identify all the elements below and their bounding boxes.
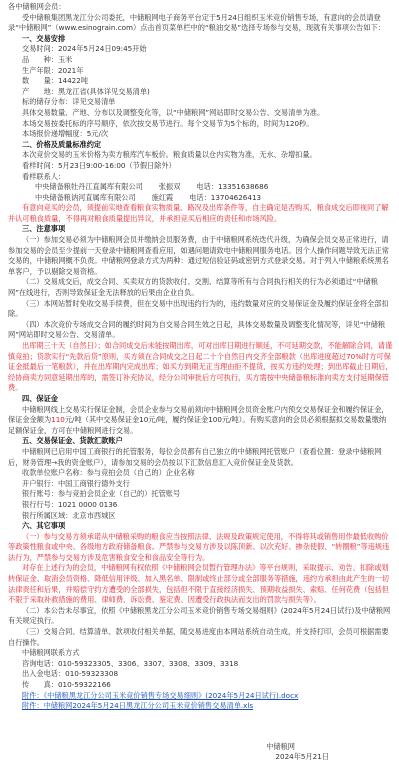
contact-name: 张振双	[159, 182, 181, 191]
viewing-time: 看样时间：5月23日9:00-16:00（节假日除外）	[8, 161, 393, 172]
notice-item-1: （一）参加交易必须为中储粮网会员并缴纳会员服务费，由于中储粮网系统迭代升级，为确…	[8, 235, 393, 277]
quality-warning: 有意向竞买的会员，须提前实地查看粮食实物质量、路况及出库条件等，自主确定是否购买…	[8, 203, 393, 224]
section-1-title: 一、交易安排	[8, 34, 393, 45]
note-1: 具体交易数量、产地、分布以及调整变化等，以“中储粮网”网站即时交易公告、交易清单…	[8, 108, 393, 119]
section-6-title: 六、其它事项	[8, 521, 393, 532]
fax: 传 真：010-59322166	[8, 680, 393, 691]
notice-item-2: （二）交易成交后，成交合同、买卖双方的货款收付、交割、结算等所有与合同执行相关的…	[8, 277, 393, 298]
signature-org: 中储粮网	[8, 742, 393, 753]
deposit-paragraph: 中储粮网线上交易实行保证金制，会员企业参与交易前须向中储粮网会员资金账户内预交交…	[8, 405, 393, 437]
contacts-label: 看样联系人：	[8, 172, 393, 183]
intro-paragraph: 受中储粮集团黑龙江分公司委托，中储粮网电子商务平台定于5月24日组织玉米竞价销售…	[8, 13, 393, 34]
contact-name: 施红霞	[152, 193, 174, 202]
field-label: 产 地：	[22, 87, 58, 96]
section-4-title: 四、保证金	[8, 394, 393, 405]
contact-company: 中央储备粮牡丹江直属库有限公司	[35, 182, 143, 191]
price-text: 本次竞价交易的玉米价格为卖方粮库汽车板价。粮食质量以仓内实物为准，无水、杂增扣量…	[8, 150, 393, 161]
announcement-document: 各中储粮网会员： 受中储粮集团黑龙江分公司委托，中储粮网电子商务平台定于5月24…	[0, 0, 399, 763]
account-bank: 开户银行：中国工商银行德外支行	[8, 479, 393, 490]
field-quantity: 数 量：14422吨	[8, 76, 393, 87]
section-2-title: 二、价格及质量标准约定	[8, 140, 393, 151]
signature-date: 2024年5月21日	[8, 752, 393, 763]
other-item-2: （二）本公告未尽事宜，依照《中储粮黑龙江分公司玉米竞价销售专场交易细则》(202…	[8, 606, 393, 627]
field-storage: 标的储存分布：详见交易清单	[8, 97, 393, 108]
field-value: 2021年	[58, 66, 83, 75]
greeting: 各中储粮网会员：	[8, 2, 393, 13]
field-value: 2024年5月24日09:45开始	[58, 44, 147, 53]
field-value: 玉米	[58, 55, 72, 64]
contact-row: 中央储备粮讷河直属库有限公司施红霞电话：13704626413	[8, 193, 393, 204]
account-paragraph: 中储粮网已启用中国工商银行的托管服务，每位会员都有自己独立的中储粮网托管账户（查…	[8, 447, 393, 468]
other-item-3: （三）交易合同、结算清单、款项收付相关单据，随交易进度由本网站系统自动生成，并支…	[8, 627, 393, 648]
field-trade-time: 交易时间：2024年5月24日09:45开始	[8, 44, 393, 55]
field-origin: 产 地：黑龙江省(具体详见交易清单)	[8, 87, 393, 98]
note-3: 本场报价递增幅度：5元/次	[8, 129, 393, 140]
field-production-year: 生产年限：2021年	[8, 66, 393, 77]
field-label: 标的储存分布：	[22, 97, 72, 106]
field-value: 黑龙江省(具体详见交易清单)	[58, 87, 150, 96]
field-value: 14422吨	[58, 76, 88, 85]
field-label: 品 种：	[22, 55, 58, 64]
attachment-row: 附件：中储粮网2024年5月24日黑龙江分公司玉米竞价销售交易清单.xls	[8, 701, 393, 712]
contact-phone: 电话：13351638686	[196, 182, 268, 191]
account-number: 银行账号：参与竞拍会员企业（自己的）托管账号	[8, 489, 393, 500]
section-5-title: 五、交易保证金、货款汇款账户	[8, 436, 393, 447]
account-name: 收款单位账户名称：参与竞拍会员（自己的）企业名称	[8, 468, 393, 479]
attachment-list-link[interactable]: 附件：中储粮网2024年5月24日黑龙江分公司玉米竞价销售交易清单.xls	[22, 701, 253, 710]
deposit-amount: 110	[51, 415, 65, 424]
field-label: 数 量：	[22, 76, 58, 85]
field-value: 详见交易清单	[72, 97, 115, 106]
account-bank-code: 银行行号：1021 0000 0136	[8, 500, 393, 511]
attachment-rules-link[interactable]: 附件：《中储粮黑龙江分公司玉米竞价销售专场交易细则》(2024年5月24日试行)…	[22, 691, 298, 700]
contact-title: 中储粮网联系方式	[8, 648, 393, 659]
notice-item-3: （三）本网站暂时免收交易手续费，但在交易中出现违约行为的，违约数量对应的交易保证…	[8, 299, 393, 320]
notice-item-4: （四）本次竞价专场成交合同的履约时间为自交易合同生效之日起，具体交易数量及调整变…	[8, 320, 393, 341]
section-3-title: 三、注意事项	[8, 224, 393, 235]
field-label: 生产年限：	[22, 66, 58, 75]
field-variety: 品 种：玉米	[8, 55, 393, 66]
other-item-1-penalty: 对存在上述行为的会员，中储粮网有权依照《中储粮网会员暂行管理办法》等平台规则，采…	[8, 563, 393, 605]
delivery-warning: 出库期三十天（自然日）；如合同成交后未能按期出库，可对出库日期进行顺延，不可延期…	[8, 341, 393, 394]
field-label: 交易时间：	[22, 44, 58, 53]
contact-phone: 电话：13704626413	[189, 193, 261, 202]
other-item-1: （一）参与交易方须承诺从中储粮采购的粮食应当按照法律、法规及政策规定使用，不得将…	[8, 532, 393, 564]
contact-row: 中央储备粮牡丹江直属库有限公司张振双电话：13351638686	[8, 182, 393, 193]
account-region: 银行所属区域：北京市西城区	[8, 511, 393, 522]
note-2: 本场交易按委托标的序号顺序，依次按交易节进行。每个交易节为5个标的，时间为120…	[8, 119, 393, 130]
consult-phone: 咨询电话：010-59323305、3306、3307、3308、3309、33…	[8, 659, 393, 670]
contact-company: 中央储备粮讷河直属库有限公司	[35, 193, 136, 202]
deposit-text: 元/吨（其中交易保证金10元/吨，履约保证金100元/吨）。有购买意向的会员必须…	[8, 415, 386, 435]
funds-phone: 出入金电话：010-59323308	[8, 669, 393, 680]
attachment-row: 附件：《中储粮黑龙江分公司玉米竞价销售专场交易细则》(2024年5月24日试行)…	[8, 691, 393, 702]
